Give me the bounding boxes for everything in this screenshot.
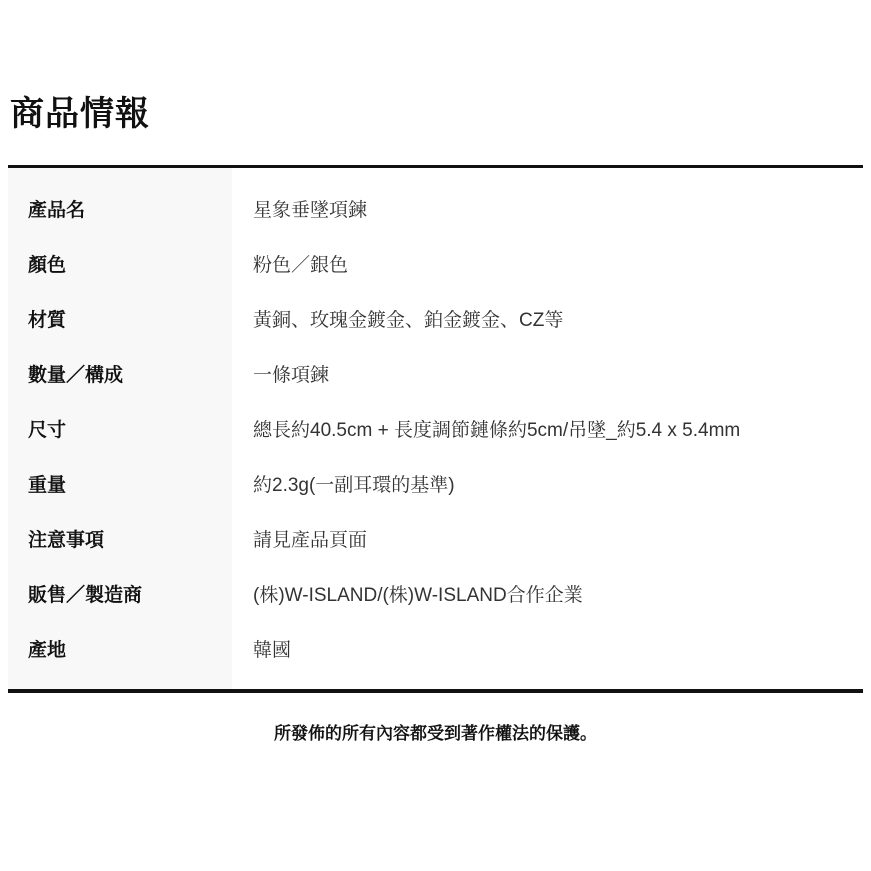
product-info-section: 商品情報 產品名星象垂墜項鍊顏色粉色／銀色材質黃銅、玫瑰金鍍金、鉑金鍍金、CZ等… xyxy=(0,0,871,871)
row-label: 販售／製造商 xyxy=(8,580,232,607)
row-value: (株)W-ISLAND/(株)W-ISLAND合作企業 xyxy=(232,580,863,607)
row-value: 粉色／銀色 xyxy=(232,250,863,277)
table-row: 數量／構成一條項鍊 xyxy=(8,346,863,401)
table-row: 產品名星象垂墜項鍊 xyxy=(8,181,863,236)
row-value: 一條項鍊 xyxy=(232,360,863,387)
row-label: 產品名 xyxy=(8,195,232,222)
copyright-note: 所發佈的所有內容都受到著作權法的保護。 xyxy=(8,719,863,744)
table-row: 尺寸總長約40.5cm + 長度調節鏈條約5cm/吊墜_約5.4 x 5.4mm xyxy=(8,401,863,456)
page-title: 商品情報 xyxy=(10,0,863,135)
row-value: 請見產品頁面 xyxy=(232,525,863,552)
row-label: 顏色 xyxy=(8,250,232,277)
table-row: 產地韓國 xyxy=(8,621,863,676)
row-value: 總長約40.5cm + 長度調節鏈條約5cm/吊墜_約5.4 x 5.4mm xyxy=(232,415,863,442)
row-label: 重量 xyxy=(8,470,232,497)
table-row: 材質黃銅、玫瑰金鍍金、鉑金鍍金、CZ等 xyxy=(8,291,863,346)
row-label: 數量／構成 xyxy=(8,360,232,387)
product-info-table: 產品名星象垂墜項鍊顏色粉色／銀色材質黃銅、玫瑰金鍍金、鉑金鍍金、CZ等數量／構成… xyxy=(8,165,863,693)
row-label: 材質 xyxy=(8,305,232,332)
table-row: 注意事項請見產品頁面 xyxy=(8,511,863,566)
row-value: 星象垂墜項鍊 xyxy=(232,195,863,222)
row-value: 黃銅、玫瑰金鍍金、鉑金鍍金、CZ等 xyxy=(232,305,863,332)
row-label: 產地 xyxy=(8,635,232,662)
table-row: 販售／製造商(株)W-ISLAND/(株)W-ISLAND合作企業 xyxy=(8,566,863,621)
table-row: 顏色粉色／銀色 xyxy=(8,236,863,291)
table-row: 重量約2.3g(一副耳環的基準) xyxy=(8,456,863,511)
row-value: 韓國 xyxy=(232,635,863,662)
row-value: 約2.3g(一副耳環的基準) xyxy=(232,470,863,497)
row-label: 注意事項 xyxy=(8,525,232,552)
row-label: 尺寸 xyxy=(8,415,232,442)
